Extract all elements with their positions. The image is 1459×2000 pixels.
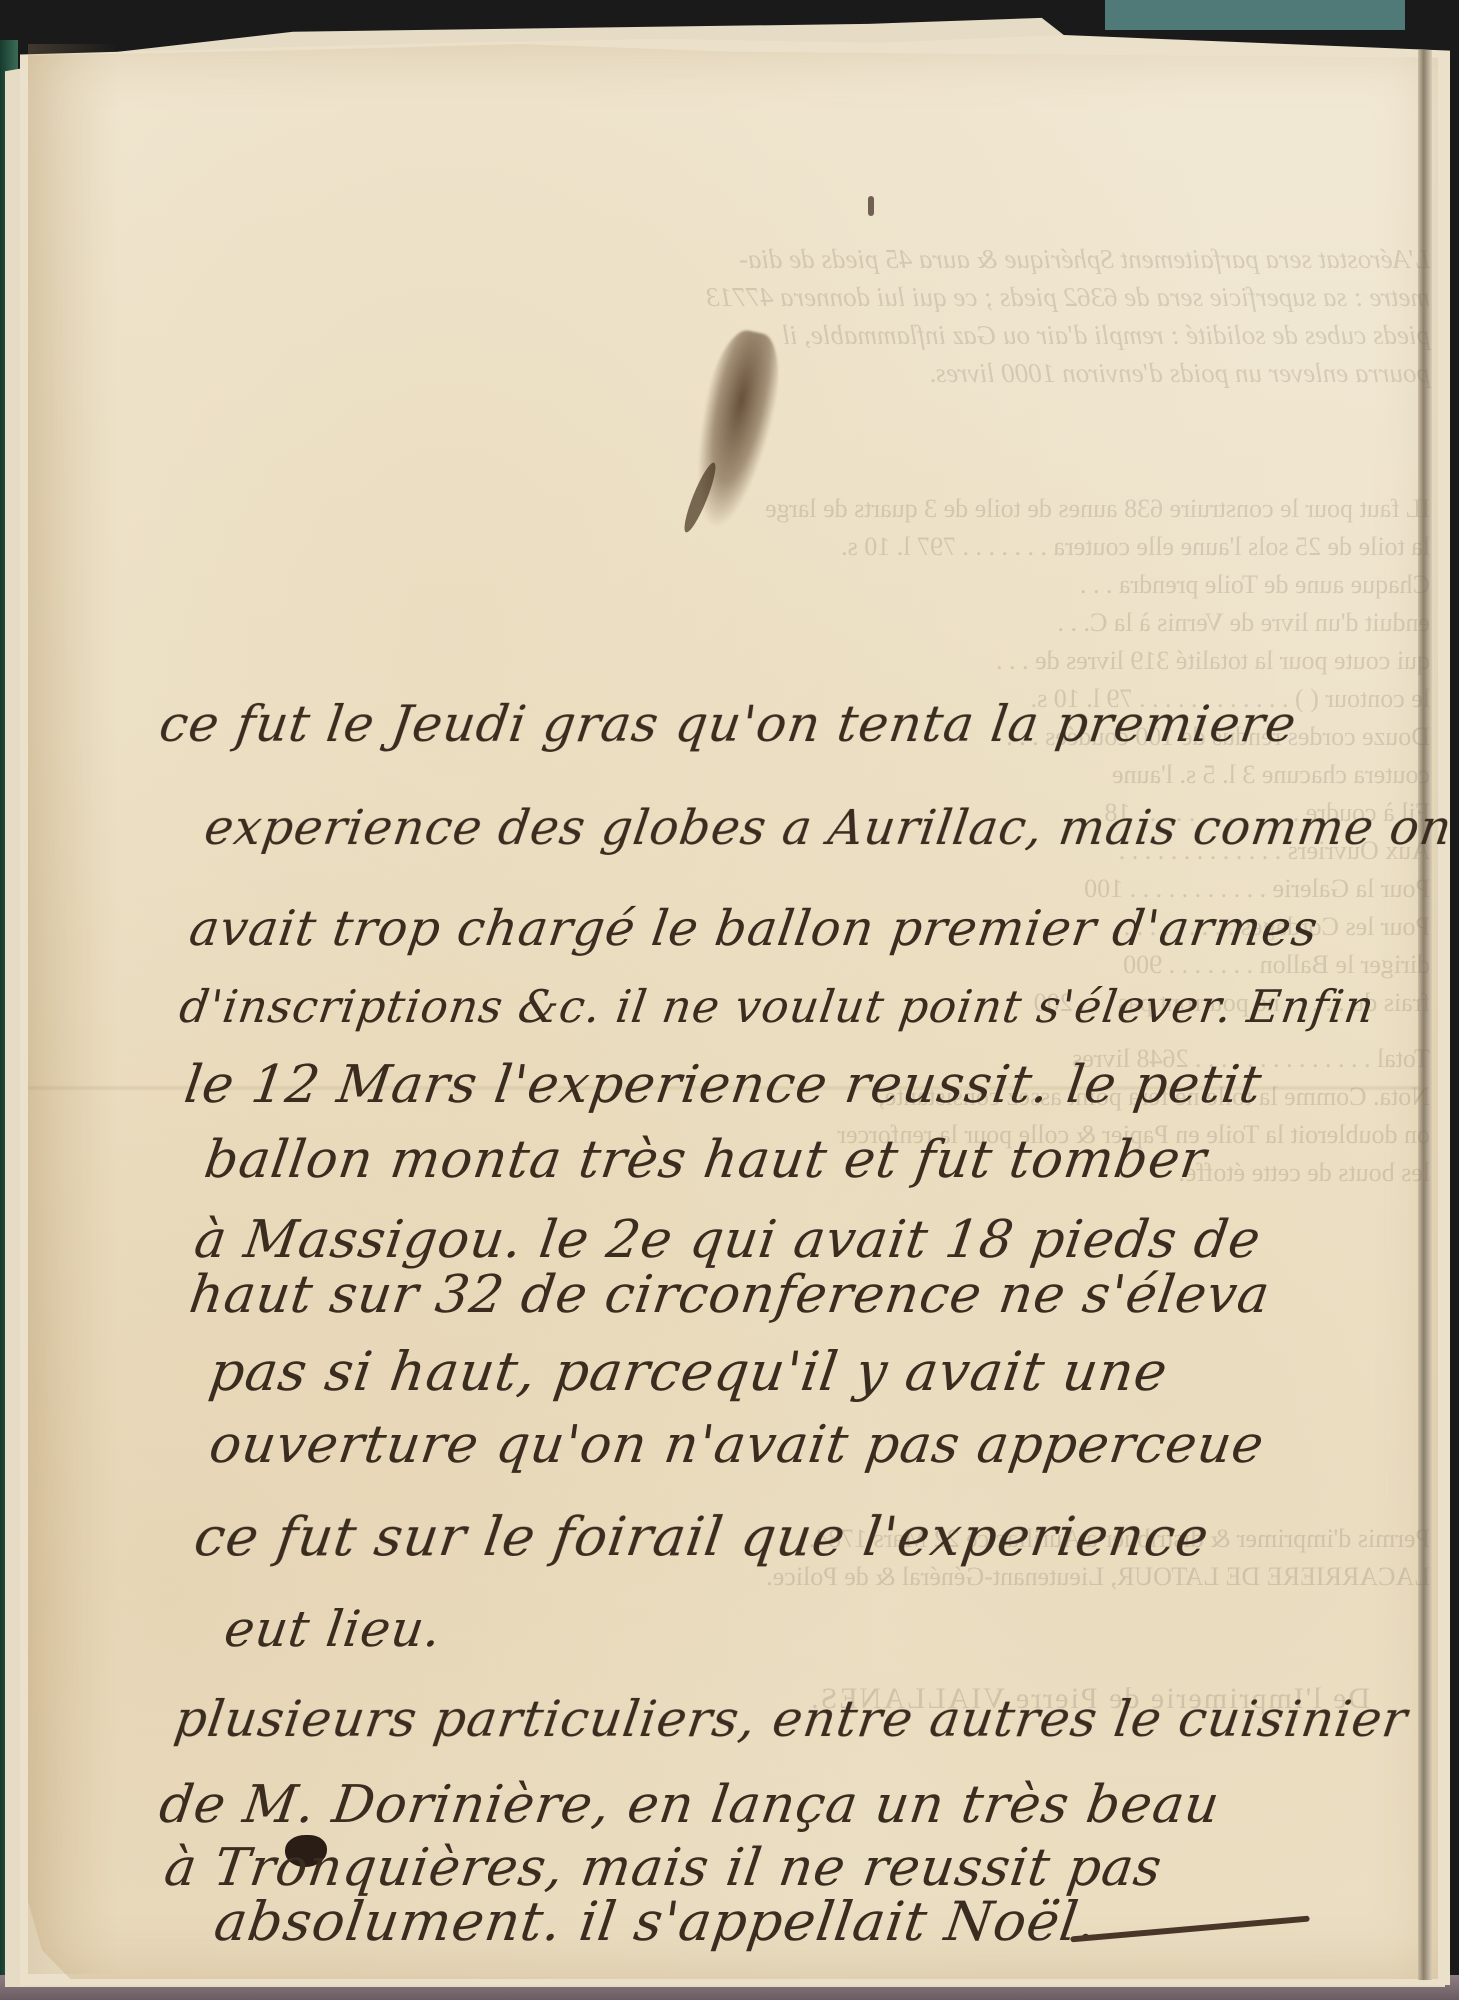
handwritten-line: ce fut sur le foirail que l'experience xyxy=(191,1505,1214,1568)
handwritten-line: pas si haut, parcequ'il y avait une xyxy=(206,1340,1172,1403)
page-edge-stain xyxy=(28,44,118,1974)
handwritten-line: haut sur 32 de circonference ne s'éleva xyxy=(186,1265,1274,1325)
handwritten-line: ce fut le Jeudi gras qu'on tenta la prem… xyxy=(156,695,1300,753)
handwritten-line: avait trop chargé le ballon premier d'ar… xyxy=(186,900,1322,957)
handwritten-line-signature: absolument. il s'appellait Noël. xyxy=(211,1890,1101,1953)
scanned-manuscript: L'Aérostat sera parfaitement Sphérique &… xyxy=(0,0,1459,2000)
handwritten-line: eut lieu. xyxy=(221,1600,446,1658)
handwritten-line: plusieurs particuliers, entre autres le … xyxy=(171,1690,1412,1748)
show-through-block: L'Aérostat sera parfaitement Sphérique &… xyxy=(706,240,1430,392)
book-cover-corner xyxy=(1105,0,1405,30)
handwritten-line: à Massigou. le 2e qui avait 18 pieds de xyxy=(191,1210,1265,1270)
handwritten-line: le 12 Mars l'experience reussit. le peti… xyxy=(181,1055,1266,1115)
handwritten-line: ballon monta très haut et fut tomber xyxy=(201,1130,1211,1190)
ink-mark xyxy=(868,196,874,216)
handwritten-line: à Tronquières, mais il ne reussit pas xyxy=(161,1838,1166,1898)
handwritten-line: de M. Dorinière, en lança un très beau xyxy=(156,1775,1224,1835)
handwritten-line: ouverture qu'on n'avait pas apperceue xyxy=(206,1415,1268,1475)
handwritten-line: experience des globes a Aurillac, mais c… xyxy=(201,800,1456,856)
handwritten-line: d'inscriptions &c. il ne voulut point s'… xyxy=(176,980,1378,1033)
